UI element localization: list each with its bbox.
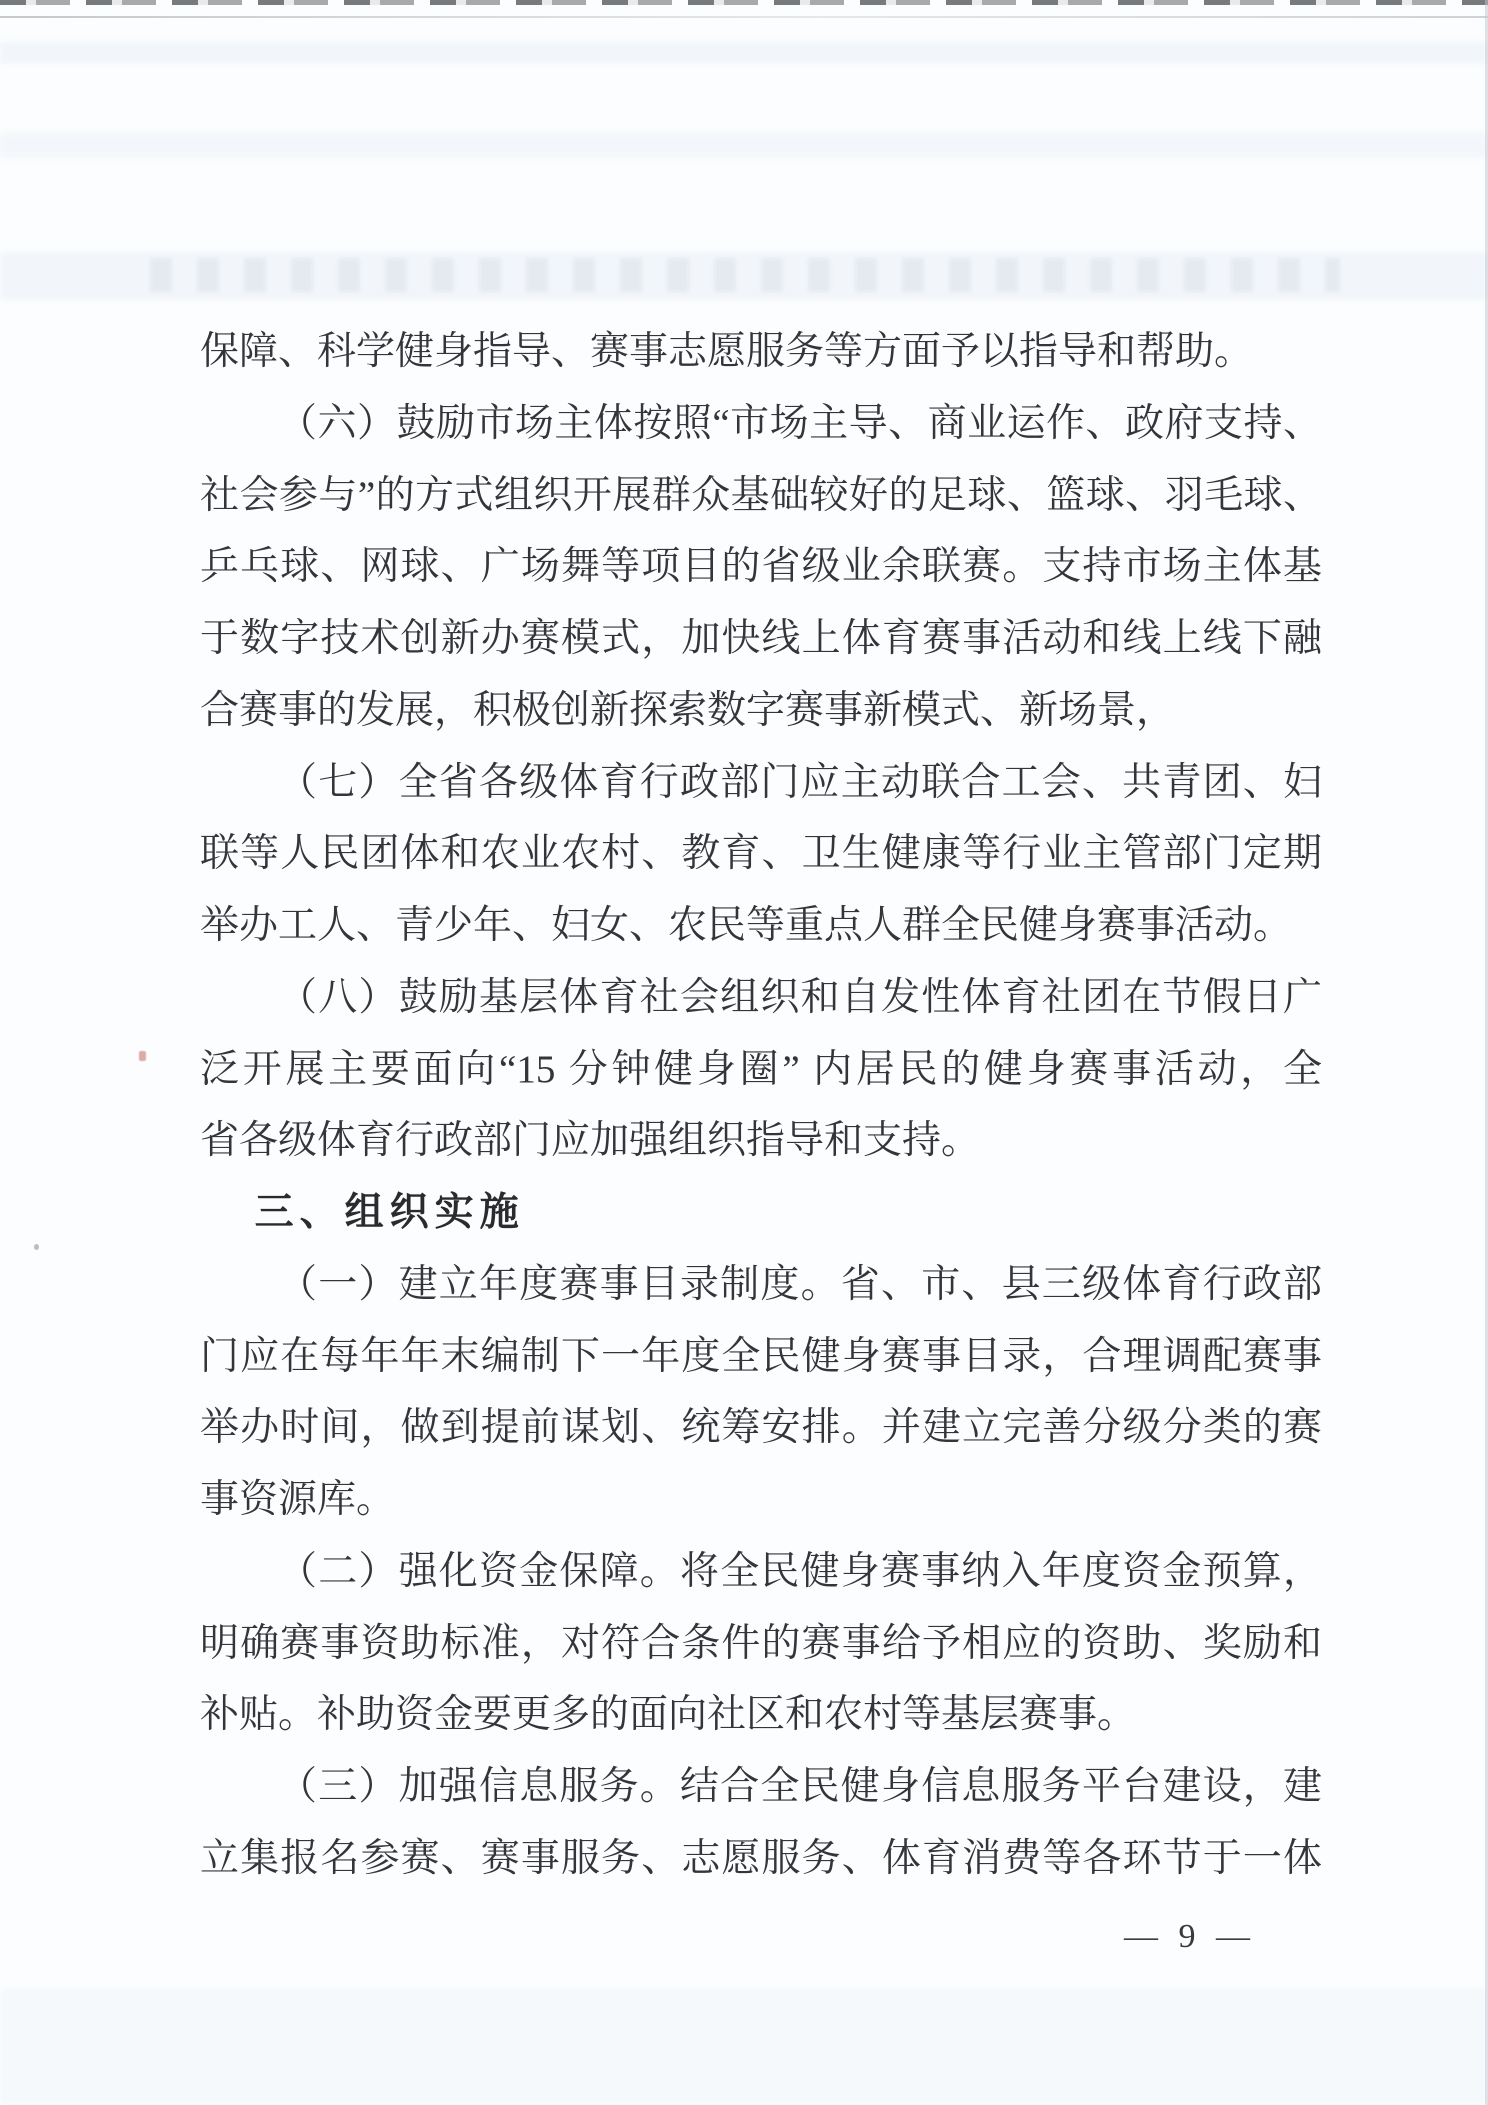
text-line: 门应在每年年末编制下一年度全民健身赛事目录，合理调配赛事: [200, 1321, 1322, 1393]
scan-artifact-top-dashes: [0, 0, 1488, 5]
text-line: 省各级体育行政部门应加强组织指导和支持。: [200, 1105, 1322, 1177]
text-line: （七）全省各级体育行政部门应主动联合工会、共青团、妇: [200, 747, 1322, 819]
text-line: 举办时间，做到提前谋划、统筹安排。并建立完善分级分类的赛: [200, 1392, 1322, 1464]
text-line: 举办工人、青少年、妇女、农民等重点人群全民健身赛事活动。: [200, 890, 1322, 962]
document-body: 保障、科学健身指导、赛事志愿服务等方面予以指导和帮助。 （六）鼓励市场主体按照“…: [200, 316, 1322, 1895]
text-line: 合赛事的发展，积极创新探索数字赛事新模式、新场景，: [200, 675, 1322, 747]
text-line: 补贴。补助资金要更多的面向社区和农村等基层赛事。: [200, 1679, 1322, 1751]
text-line: 联等人民团体和农业农村、教育、卫生健康等行业主管部门定期: [200, 818, 1322, 890]
text-line: 明确赛事资助标准，对符合条件的赛事给予相应的资助、奖励和: [200, 1608, 1322, 1680]
text-line: 社会参与”的方式组织开展群众基础较好的足球、篮球、羽毛球、: [200, 460, 1322, 532]
document-page: 保障、科学健身指导、赛事志愿服务等方面予以指导和帮助。 （六）鼓励市场主体按照“…: [0, 0, 1488, 2105]
scan-artifact-ghost-text: [150, 258, 1340, 292]
text-line: 于数字技术创新办赛模式，加快线上体育赛事活动和线上线下融: [200, 603, 1322, 675]
scan-artifact-band: [0, 132, 1488, 158]
text-line: （二）强化资金保障。将全民健身赛事纳入年度资金预算，: [200, 1536, 1322, 1608]
text-line: 乒乓球、网球、广场舞等项目的省级业余联赛。支持市场主体基: [200, 531, 1322, 603]
text-line: 泛开展主要面向“15 分钟健身圈” 内居民的健身赛事活动，全: [200, 1034, 1322, 1106]
scan-artifact-gray-speck: [34, 1244, 39, 1250]
text-line: （三）加强信息服务。结合全民健身信息服务平台建设，建: [200, 1751, 1322, 1823]
text-line: 保障、科学健身指导、赛事志愿服务等方面予以指导和帮助。: [200, 316, 1322, 388]
text-line: 立集报名参赛、赛事服务、志愿服务、体育消费等各环节于一体: [200, 1823, 1322, 1895]
text-line: （六）鼓励市场主体按照“市场主导、商业运作、政府支持、: [200, 388, 1322, 460]
text-line: （八）鼓励基层体育社会组织和自发性体育社团在节假日广: [200, 962, 1322, 1034]
scan-artifact-band: [0, 1988, 1488, 2105]
scan-artifact-band: [0, 42, 1488, 64]
text-line: 事资源库。: [200, 1464, 1322, 1536]
text-line: （一）建立年度赛事目录制度。省、市、县三级体育行政部: [200, 1249, 1322, 1321]
scan-artifact-red-speck: [139, 1051, 146, 1061]
page-number: — 9 —: [1100, 1918, 1280, 1956]
scan-artifact-top-line: [0, 16, 1488, 18]
section-heading: 三、组织实施: [200, 1177, 1322, 1249]
